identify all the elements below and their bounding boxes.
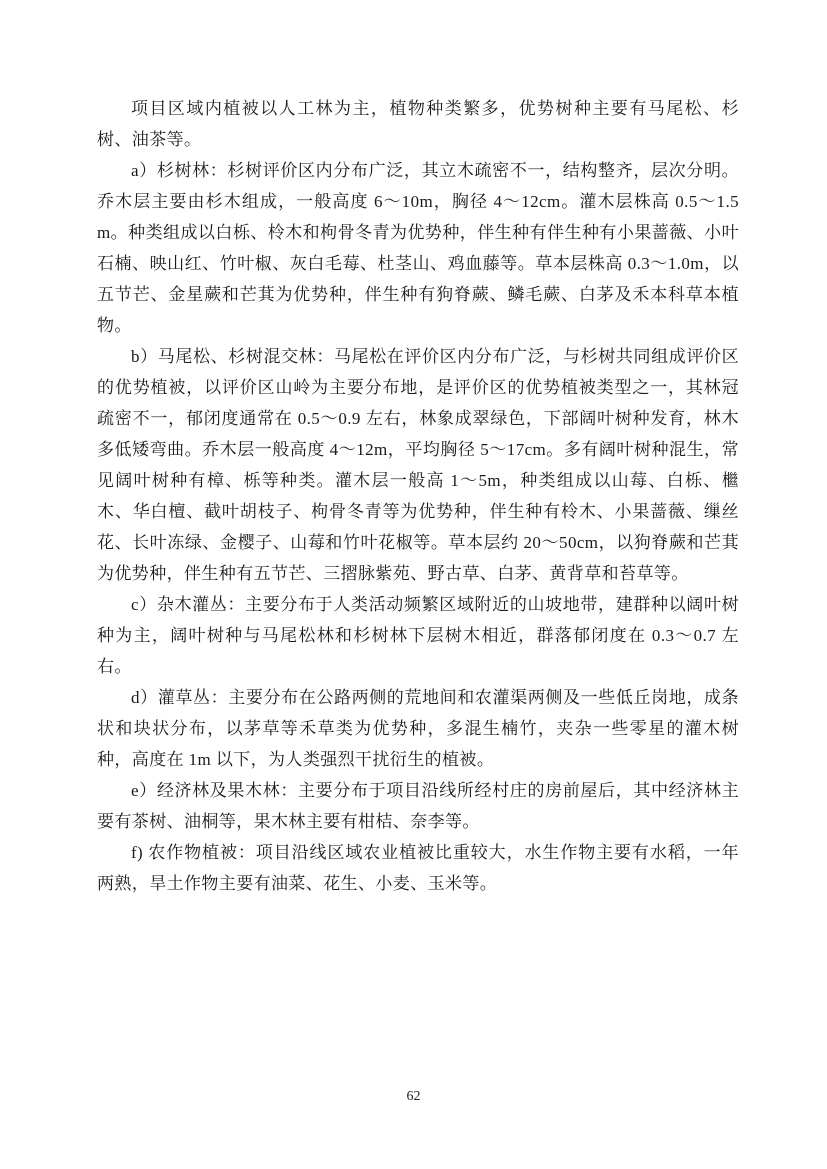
document-page: 项目区域内植被以人工林为主，植物种类繁多，优势树种主要有马尾松、杉树、油茶等。 …	[0, 0, 827, 1169]
paragraph-c-shrub: c）杂木灌丛：主要分布于人类活动频繁区域附近的山坡地带，建群种以阔叶树种为主，阔…	[97, 589, 739, 682]
paragraph-d-shrub-grass: d）灌草丛：主要分布在公路两侧的荒地间和农灌渠两侧及一些低丘岗地，成条状和块状分…	[97, 682, 739, 775]
paragraph-e-economic-forest: e）经济林及果木林：主要分布于项目沿线所经村庄的房前屋后，其中经济林主要有茶树、…	[97, 775, 739, 837]
paragraph-f-crops: f) 农作物植被：项目沿线区域农业植被比重较大，水生作物主要有水稻，一年两熟，旱…	[97, 837, 739, 899]
paragraph-intro: 项目区域内植被以人工林为主，植物种类繁多，优势树种主要有马尾松、杉树、油茶等。	[97, 93, 739, 155]
text-body: 项目区域内植被以人工林为主，植物种类繁多，优势树种主要有马尾松、杉树、油茶等。 …	[97, 93, 739, 899]
page-number: 62	[0, 1089, 827, 1105]
paragraph-b-mixed-forest: b）马尾松、杉树混交林：马尾松在评价区内分布广泛，与杉树共同组成评价区的优势植被…	[97, 341, 739, 589]
paragraph-a-fir-forest: a）杉树林：杉树评价区内分布广泛，其立木疏密不一，结构整齐，层次分明。乔木层主要…	[97, 155, 739, 341]
